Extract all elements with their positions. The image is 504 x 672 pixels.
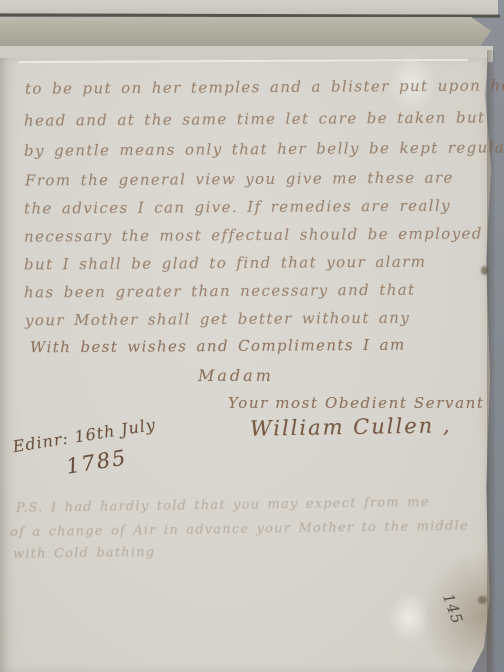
letter-line: your Mother shall get better without any — [25, 309, 410, 330]
valediction: Your most Obedient Servant — [228, 394, 485, 412]
letter-line: has been greater than necessary and that — [24, 281, 416, 302]
letter-line: but I shall be glad to find that your al… — [24, 253, 427, 274]
edge-ink-spot — [481, 266, 488, 275]
letter-line: necessary the most effectual should be e… — [24, 224, 483, 245]
edge-ink-spot-bottom — [478, 596, 487, 604]
letter-line: the advices I can give. If remedies are … — [24, 197, 451, 218]
letter-line: head and at the same time let care be ta… — [24, 108, 486, 129]
manuscript-scan: to be put on her temples and a blister p… — [0, 0, 504, 672]
letter-line: by gentle means only that her belly be k… — [24, 138, 504, 159]
signature: William Cullen , — [250, 413, 452, 441]
binding-tape — [0, 17, 496, 48]
postscript-line: with Cold bathing — [13, 545, 156, 562]
letter-line: to be put on her temples and a blister p… — [25, 76, 504, 97]
salutation: Madam — [198, 366, 274, 385]
letter-line: From the general view you give me these … — [25, 169, 454, 190]
letter-line: With best wishes and Compliments I am — [30, 336, 406, 357]
